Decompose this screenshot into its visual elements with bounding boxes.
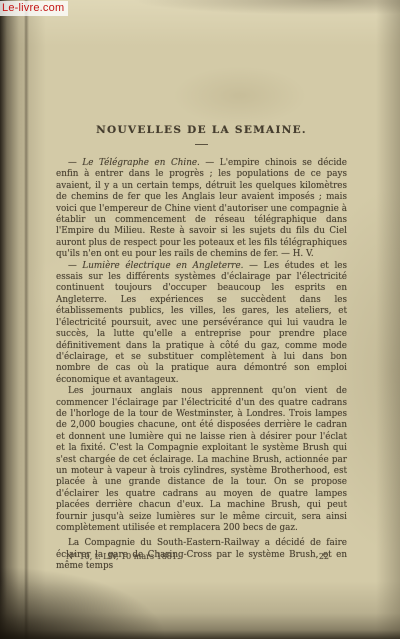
article-paragraph: — Lumière électrique en Angleterre. — Le… xyxy=(56,261,347,386)
section-heading: NOUVELLES DE LA SEMAINE. xyxy=(56,124,347,136)
footer-page-number: 22 xyxy=(319,552,347,561)
page-footer: N° 10, t. LIV, 10 mars 1881. 22 xyxy=(56,552,347,561)
page-content: NOUVELLES DE LA SEMAINE. — Le Télégraphe… xyxy=(56,124,347,573)
article-paragraph: Les journaux anglais nous apprennent qu'… xyxy=(56,386,347,534)
article-text: L'empire chinois se décide enfin à entre… xyxy=(56,158,347,259)
heading-rule xyxy=(195,144,208,145)
scanned-page: Le-livre.com NOUVELLES DE LA SEMAINE. — … xyxy=(0,0,400,639)
article-lead: — Le Télégraphe en Chine. — xyxy=(68,158,214,168)
article-body: — Le Télégraphe en Chine. — L'empire chi… xyxy=(56,158,347,573)
footer-issue-info: N° 10, t. LIV, 10 mars 1881. xyxy=(56,552,180,561)
bookseller-watermark: Le-livre.com xyxy=(0,1,68,16)
article-text: Les journaux anglais nous apprennent qu'… xyxy=(56,386,347,533)
article-lead: — Lumière électrique en Angleterre. — xyxy=(68,261,258,271)
article-paragraph: — Le Télégraphe en Chine. — L'empire chi… xyxy=(56,158,347,261)
article-text: Les études et les essais sur les différe… xyxy=(56,261,347,385)
